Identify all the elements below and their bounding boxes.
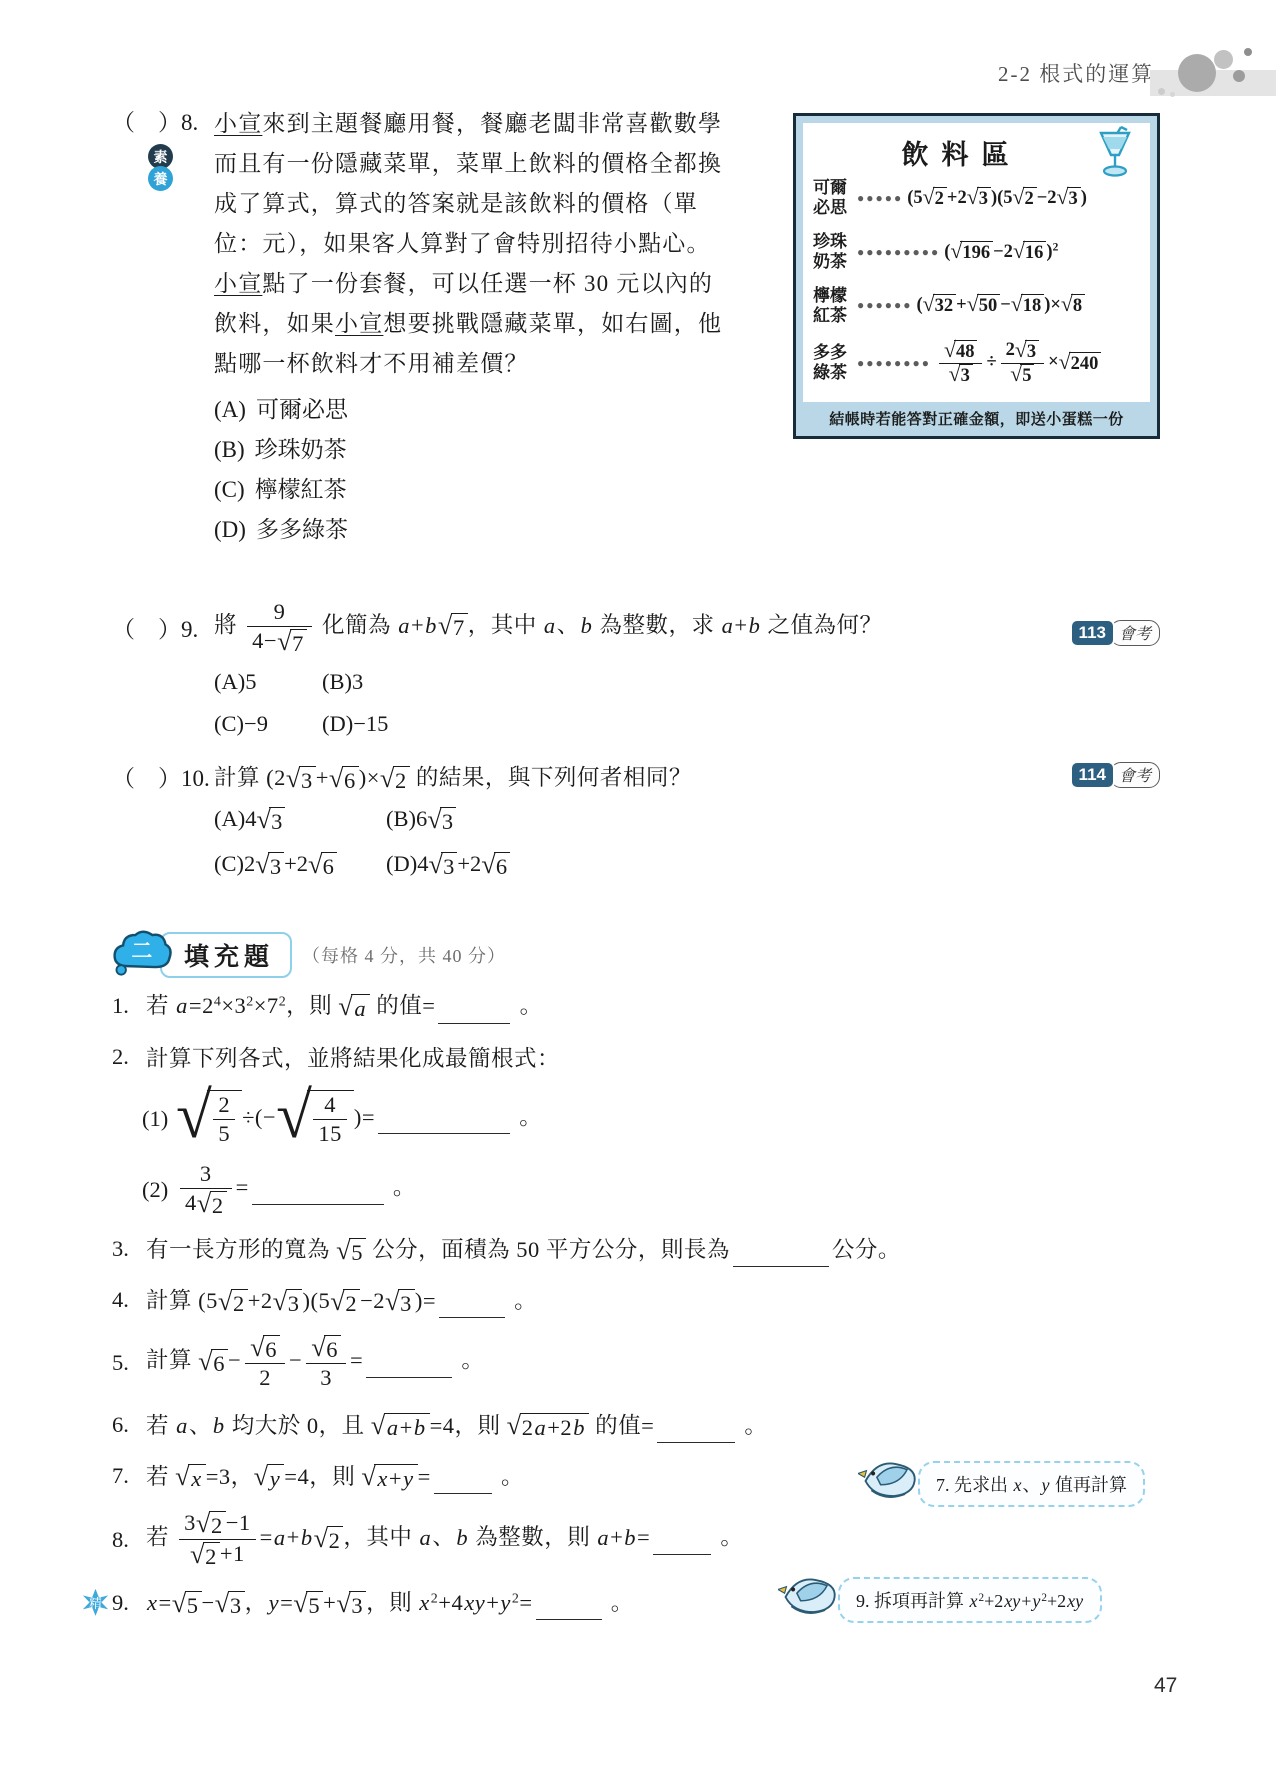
fill-question: (2) 34√2= 。 xyxy=(142,1160,1112,1219)
option-row: (D)−15 xyxy=(322,711,388,737)
option-text: 檸檬紅茶 xyxy=(255,477,347,502)
fill-question: 6. 若 a、b 均大於 0，且 √a+b=4，則 √2a+2b 的值= 。 xyxy=(112,1407,1112,1443)
fill-question: 8. 若 3√2−1√2+1=a+b√2，其中 a、b 為整數，則 a+b= 。 xyxy=(112,1509,1112,1570)
fill-question-body: 若 √x=3，√y=4，則 √x+y= 。 xyxy=(146,1459,524,1494)
option-label: (A) xyxy=(214,397,246,422)
dotted-leader: ●●●●●●●● xyxy=(857,356,931,371)
option-row: (B)3 xyxy=(322,669,388,695)
question-text-line: 位：元），如果客人算對了會特別招待小點心。 xyxy=(214,224,812,264)
question-8-text: 小宣來到主題餐廳用餐，餐廳老闆非常喜歡數學而且有一份隱藏菜單，菜單上飲料的價格全… xyxy=(214,104,812,384)
fill-question-body: 計算 (5√2+2√3)(5√2−2√3)= 。 xyxy=(146,1283,537,1318)
option-row: (C)檸檬紅茶 xyxy=(214,470,812,510)
hint-text: 9. 拆項再計算 x2+2xy+y2+2xy xyxy=(838,1577,1102,1623)
fill-question-body: 有一長方形的寬為 √5 公分，面積為 50 平方公分，則長為公分。 xyxy=(146,1232,901,1267)
question-text-line: 成了算式，算式的答案就是該飲料的價格（單 xyxy=(214,184,812,224)
option-row: (C)2√3+2√6 xyxy=(214,851,386,880)
chapter-heading: 2-2 根式的運算 xyxy=(998,58,1154,88)
fill-question-body: x=√5−√3，y=√5+√3，則 x2+4xy+y2= 。 xyxy=(146,1585,634,1620)
question-8-options: (A)可爾必思 (B)珍珠奶茶 (C)檸檬紅茶 (D)多多綠茶 xyxy=(214,390,812,550)
fill-question-body: √25÷(−√415)= 。 xyxy=(176,1090,542,1148)
option-label: (A) xyxy=(214,806,245,831)
fill-question-number: 4. xyxy=(112,1287,146,1313)
answer-marker: （ ）10. xyxy=(112,760,214,793)
dotted-leader: ●●●●● xyxy=(857,191,903,206)
option-row: (B)珍珠奶茶 xyxy=(214,430,812,470)
menu-item: 多多綠茶 ●●●●●●●● √48√3÷2√3√5×√240 xyxy=(813,339,1140,387)
decor-dot xyxy=(1158,88,1165,95)
answer-marker: （ ）9. xyxy=(112,611,214,644)
menu-footer-note: 結帳時若能答對正確金額，即送小蛋糕一份 xyxy=(803,402,1150,432)
fill-question-number: 2. xyxy=(112,1044,146,1070)
bird-icon xyxy=(778,1568,844,1632)
question-text-line: 飲料，如果小宣想要挑戰隱藏菜單，如右圖，他 xyxy=(214,304,812,344)
fill-section-title: 填充題 xyxy=(160,932,292,978)
question-9-stem: 將 94−√7 化簡為 a+b√7，其中 a、b 為整數，求 a+b 之值為何？ xyxy=(214,598,882,657)
cocktail-glass-icon xyxy=(1094,125,1136,185)
decor-dot xyxy=(1170,92,1175,97)
option-value: 6√3 xyxy=(416,806,456,831)
fill-question-body: 若 a=24×32×72，則 √a 的值= 。 xyxy=(146,988,543,1023)
fill-question-body: 若 a、b 均大於 0，且 √a+b=4，則 √2a+2b 的值= 。 xyxy=(146,1408,767,1443)
fill-question-number: (2) xyxy=(142,1177,176,1203)
option-row: (C)−9 xyxy=(214,711,322,737)
option-row: (A)4√3 xyxy=(214,806,386,835)
hint-text: 7. 先求出 x、y 值再計算 xyxy=(918,1461,1145,1507)
premium-star-badge: 精 xyxy=(82,1589,109,1616)
drink-menu-items: 可爾必思 ●●●●● (5√2+2√3)(5√2−2√3) 珍珠奶茶 ●●●●●… xyxy=(813,178,1140,387)
fill-question: 2. 計算下列各式，並將結果化成最簡根式： xyxy=(112,1039,1112,1075)
exam-year: 114 xyxy=(1072,763,1113,787)
exam-label: 會考 xyxy=(1110,762,1160,788)
fill-question-number: 5. xyxy=(112,1350,146,1376)
drink-menu-box: 飲料區 可爾必思 ●●●●● (5√2+2√3)(5√2−2√3) xyxy=(793,113,1160,439)
section-cloud-icon: 二 xyxy=(108,926,174,984)
option-label: (B) xyxy=(322,669,352,694)
menu-item: 可爾必思 ●●●●● (5√2+2√3)(5√2−2√3) xyxy=(813,178,1140,219)
option-label: (B) xyxy=(214,437,245,462)
drink-menu-inner: 飲料區 可爾必思 ●●●●● (5√2+2√3)(5√2−2√3) xyxy=(803,123,1150,402)
fill-question: (1) √25÷(−√415)= 。 xyxy=(142,1090,1112,1148)
fill-section-header: 二 填充題 （每格 4 分，共 40 分） xyxy=(108,926,506,984)
option-label: (D) xyxy=(322,711,353,736)
option-label: (C) xyxy=(214,477,245,502)
fill-question-body: 若 3√2−1√2+1=a+b√2，其中 a、b 為整數，則 a+b= 。 xyxy=(146,1509,743,1570)
question-10-stem: 計算 (2√3+√6)×√2 的結果，與下列何者相同？ xyxy=(214,760,692,794)
option-value: 3 xyxy=(352,669,363,694)
exam-label: 會考 xyxy=(1110,620,1160,646)
worksheet-page: { "page": { "number": "47" }, "header": … xyxy=(0,0,1276,1790)
page-number: 47 xyxy=(1154,1674,1177,1698)
section-number: 二 xyxy=(132,941,153,963)
option-value: 4√3 xyxy=(245,806,285,831)
option-label: (D) xyxy=(214,517,246,542)
menu-item: 珍珠奶茶 ●●●●●●●●● (√196−2√16)2 xyxy=(813,232,1140,273)
question-text-line: 而且有一份隱藏菜單，菜單上飲料的價格全都換 xyxy=(214,144,812,184)
option-row: (B)6√3 xyxy=(386,806,510,835)
fill-question: 3. 有一長方形的寬為 √5 公分，面積為 50 平方公分，則長為公分。 xyxy=(112,1231,1112,1267)
literacy-badge-bottom: 養 xyxy=(148,166,173,191)
option-row: (D)多多綠茶 xyxy=(214,510,812,550)
fill-question-body: 計算下列各式，並將結果化成最簡根式： xyxy=(146,1041,560,1073)
decor-dot xyxy=(1233,70,1245,82)
fill-question-number: 6. xyxy=(112,1412,146,1438)
question-text-line: 小宣點了一份套餐，可以任選一杯 30 元以內的 xyxy=(214,264,812,304)
question-8: 素 養 （ ）8. 小宣來到主題餐廳用餐，餐廳老闆非常喜歡數學而且有一份隱藏菜單… xyxy=(112,104,812,550)
bird-icon xyxy=(858,1452,924,1516)
drink-price-formula: √48√3÷2√3√5×√240 xyxy=(935,339,1101,387)
exam-year: 113 xyxy=(1072,621,1113,645)
question-text-line: 小宣來到主題餐廳用餐，餐廳老闆非常喜歡數學 xyxy=(214,104,812,144)
question-10: （ ）10. 計算 (2√3+√6)×√2 的結果，與下列何者相同？ 114 會… xyxy=(112,760,1164,880)
option-label: (C) xyxy=(214,711,244,736)
menu-item: 檸檬紅茶 ●●●●●● (√32+√50−√18)×√8 xyxy=(813,286,1140,327)
fill-question-list: 1. 若 a=24×32×72，則 √a 的值= 。 2. 計算下列各式，並將結… xyxy=(112,988,1112,1636)
literacy-badge: 素 養 xyxy=(148,144,173,191)
fill-question-number: 3. xyxy=(112,1236,146,1262)
option-row: (A)可爾必思 xyxy=(214,390,812,430)
fill-question-number: 7. xyxy=(112,1463,146,1489)
fill-question-number: 9. xyxy=(112,1590,146,1616)
option-text: 珍珠奶茶 xyxy=(255,437,347,462)
fill-section-score-note: （每格 4 分，共 40 分） xyxy=(302,942,506,968)
question-9-options: (A)5 (B)3 (C)−9 (D)−15 xyxy=(214,669,1164,737)
option-label: (D) xyxy=(386,851,417,876)
option-row: (D)4√3+2√6 xyxy=(386,851,510,880)
fill-question: 4. 計算 (5√2+2√3)(5√2−2√3)= 。 xyxy=(112,1282,1112,1318)
option-label: (A) xyxy=(214,669,245,694)
option-value: −9 xyxy=(244,711,268,736)
decor-dot xyxy=(1214,50,1233,69)
fill-question-number: (1) xyxy=(142,1106,176,1132)
fill-question-number: 1. xyxy=(112,993,146,1019)
question-10-options: (A)4√3 (B)6√3 (C)2√3+2√6 (D)4√3+2√6 xyxy=(214,806,1164,880)
fill-question: 1. 若 a=24×32×72，則 √a 的值= 。 xyxy=(112,988,1112,1024)
hint-callout-7: 7. 先求出 x、y 值再計算 xyxy=(858,1452,1145,1516)
exam-year-badge: 113 會考 xyxy=(1072,620,1160,646)
decor-dot xyxy=(1244,48,1252,56)
drink-name: 珍珠奶茶 xyxy=(813,232,855,273)
fill-question-body: 計算 √6−√62−√63= 。 xyxy=(146,1333,484,1392)
option-value: 2√3+2√6 xyxy=(244,851,337,876)
option-label: (C) xyxy=(214,851,244,876)
hint-callout-9: 9. 拆項再計算 x2+2xy+y2+2xy xyxy=(778,1568,1102,1632)
option-text: 多多綠茶 xyxy=(256,517,348,542)
question-text-line: 點哪一杯飲料才不用補差價？ xyxy=(214,344,812,384)
drink-price-formula: (5√2+2√3)(5√2−2√3) xyxy=(907,187,1087,210)
option-value: −15 xyxy=(353,711,388,736)
dotted-leader: ●●●●●● xyxy=(857,298,913,313)
drink-price-formula: (√32+√50−√18)×√8 xyxy=(917,294,1086,317)
fill-question-body: 34√2= 。 xyxy=(176,1160,416,1219)
drink-price-formula: (√196−2√16)2 xyxy=(944,241,1058,264)
exam-year-badge: 114 會考 xyxy=(1072,762,1160,788)
option-label: (B) xyxy=(386,806,416,831)
option-value: 4√3+2√6 xyxy=(417,851,510,876)
drink-name: 可爾必思 xyxy=(813,178,855,219)
drink-name: 檸檬紅茶 xyxy=(813,286,855,327)
fill-question-number: 8. xyxy=(112,1527,146,1553)
option-row: (A)5 xyxy=(214,669,322,695)
drink-menu-title: 飲料區 xyxy=(813,129,1140,178)
drink-name: 多多綠茶 xyxy=(813,343,855,384)
decor-dot xyxy=(1178,54,1216,92)
option-text: 可爾必思 xyxy=(256,397,348,422)
option-value: 5 xyxy=(245,669,256,694)
dotted-leader: ●●●●●●●●● xyxy=(857,245,940,260)
question-9: （ ）9. 將 94−√7 化簡為 a+b√7，其中 a、b 為整數，求 a+b… xyxy=(112,598,1164,737)
fill-question: 5. 計算 √6−√62−√63= 。 xyxy=(112,1333,1112,1392)
